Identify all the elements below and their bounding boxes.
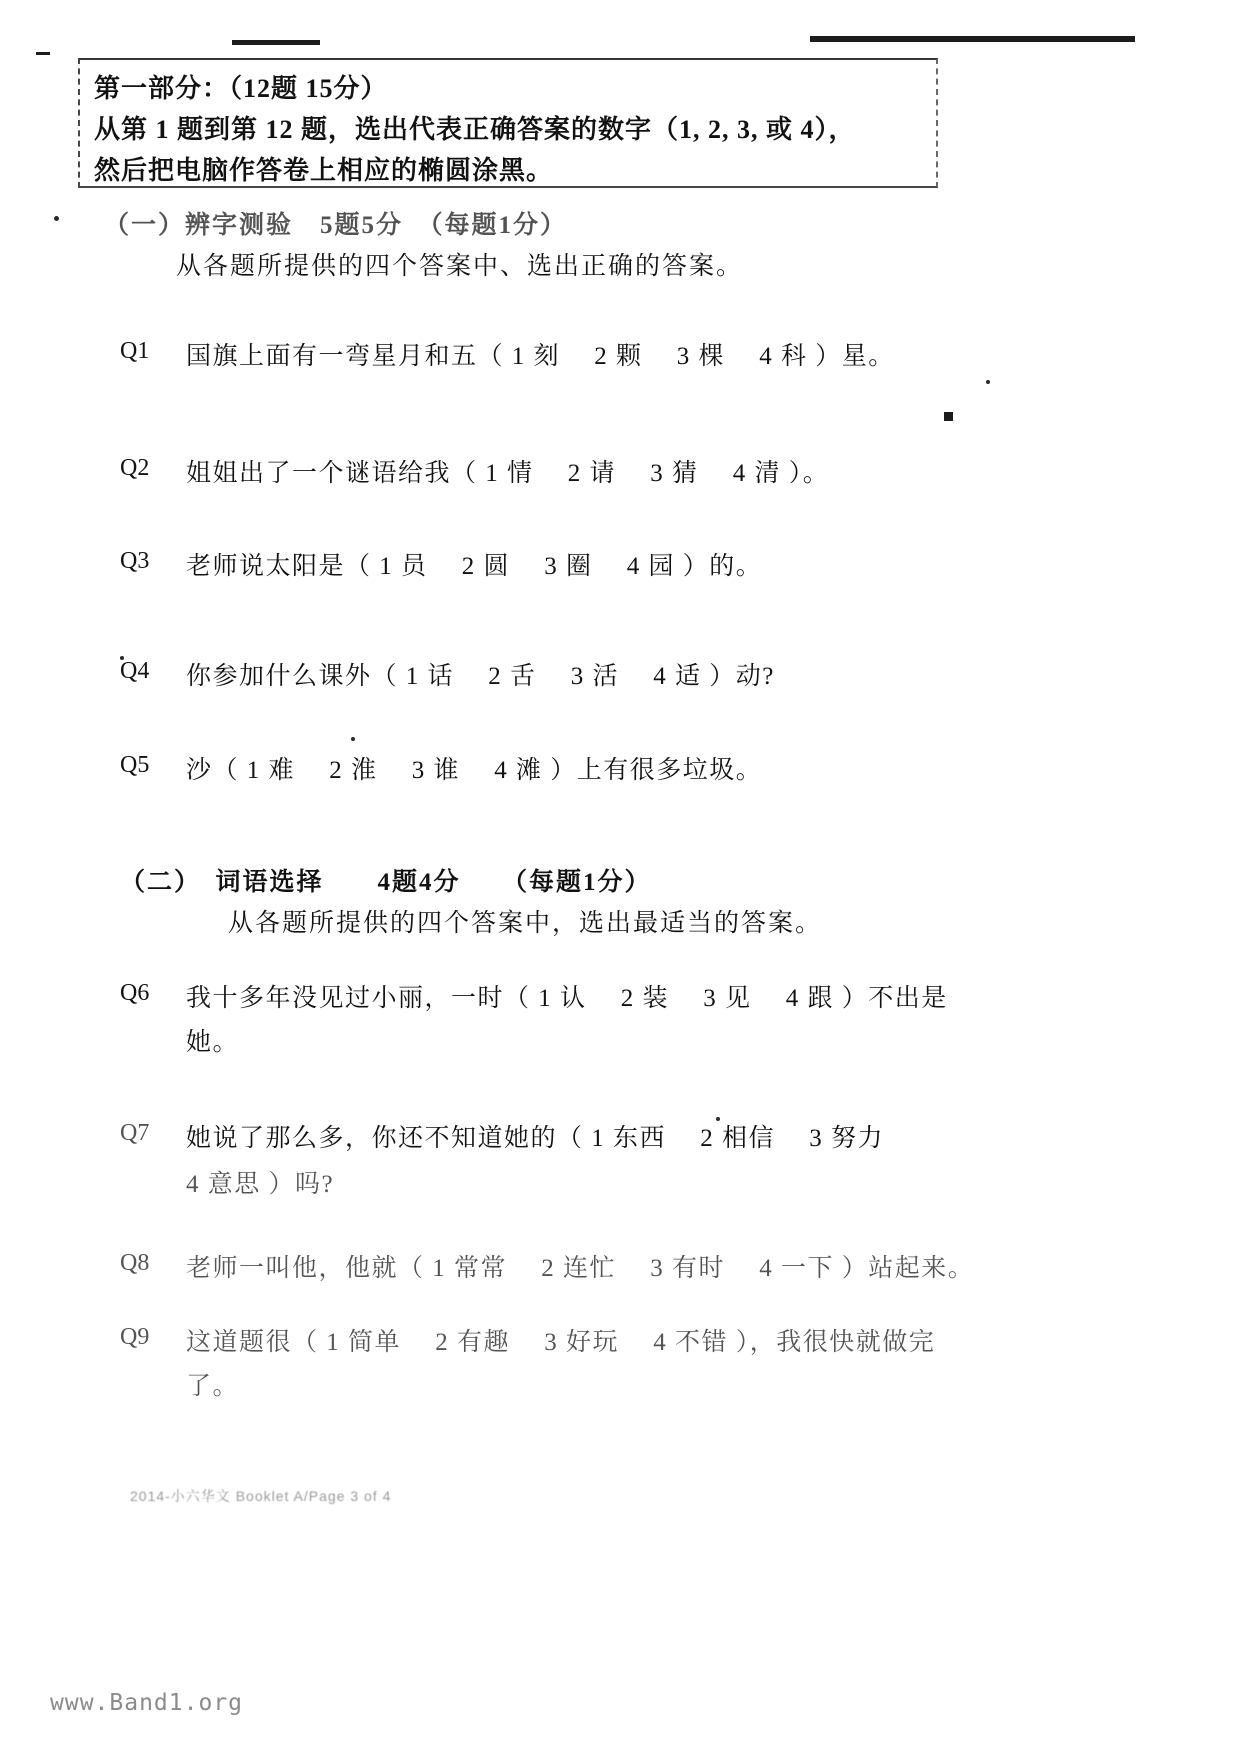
question-label: Q5 [120, 752, 149, 779]
scan-artifact [351, 737, 355, 741]
part-title: 第一部分：（12题 15分） [94, 68, 922, 109]
question-text: 国旗上面有一弯星月和五（ 1 刻 2 颗 3 棵 4 科 ）星。 [186, 336, 895, 372]
question-label: Q6 [120, 980, 149, 1007]
section-one-subtitle: 从各题所提供的四个答案中、选出正确的答案。 [176, 246, 743, 282]
question-text-continued: 她。 [186, 1022, 239, 1058]
question-label: Q9 [120, 1324, 149, 1351]
part-one-instruction-box: 第一部分：（12题 15分） 从第 1 题到第 12 题，选出代表正确答案的数字… [78, 58, 938, 188]
question-label: Q8 [120, 1250, 149, 1277]
question-text: 她说了那么多，你还不知道她的（ 1 东西 2 相信 3 努力 [186, 1118, 884, 1154]
question-text: 沙（ 1 难 2 淮 3 谁 4 滩 ）上有很多垃圾。 [186, 750, 762, 786]
section-two-title: （二） 词语选择 4题4分 （每题1分） [120, 862, 652, 898]
question-text: 我十多年没见过小丽，一时（ 1 认 2 装 3 见 4 跟 ）不出是 [186, 978, 948, 1014]
question-text: 你参加什么课外（ 1 话 2 舌 3 活 4 适 ）动? [186, 656, 775, 692]
question-text-continued: 4 意思 ）吗? [186, 1164, 334, 1200]
question-text-continued: 了。 [186, 1366, 239, 1402]
booklet-page-footer: 2014-小六华文 Booklet A/Page 3 of 4 [130, 1486, 391, 1506]
question-text: 姐姐出了一个谜语给我（ 1 情 2 请 3 猜 4 清 ）。 [186, 453, 829, 489]
scanned-test-page: 第一部分：（12题 15分） 从第 1 题到第 12 题，选出代表正确答案的数字… [0, 0, 1239, 1754]
scan-artifact [944, 412, 953, 421]
question-label: Q7 [120, 1120, 149, 1147]
scan-artifact [986, 380, 990, 384]
question-text: 这道题很（ 1 简单 2 有趣 3 好玩 4 不错 ），我很快就做完 [186, 1322, 935, 1358]
website-watermark: www.Band1.org [50, 1690, 243, 1716]
scan-artifact [810, 36, 1135, 42]
question-label: Q2 [120, 455, 149, 482]
section-two-subtitle: 从各题所提供的四个答案中，选出最适当的答案。 [228, 903, 822, 939]
question-label: Q4 [120, 658, 149, 685]
scan-artifact [36, 52, 50, 55]
instruction-line-1: 从第 1 题到第 12 题，选出代表正确答案的数字（1, 2, 3, 或 4）， [94, 109, 922, 150]
question-label: Q3 [120, 548, 149, 575]
section-one-title: （一）辨字测验 5题5分 （每题1分） [104, 205, 567, 241]
instruction-line-2: 然后把电脑作答卷上相应的椭圆涂黑。 [94, 150, 922, 191]
scan-artifact [54, 216, 59, 221]
scan-artifact [232, 40, 320, 45]
question-text: 老师说太阳是（ 1 员 2 圆 3 圈 4 园 ）的。 [186, 546, 762, 582]
question-text: 老师一叫他，他就（ 1 常常 2 连忙 3 有时 4 一下 ）站起来。 [186, 1248, 974, 1284]
question-label: Q1 [120, 338, 149, 365]
